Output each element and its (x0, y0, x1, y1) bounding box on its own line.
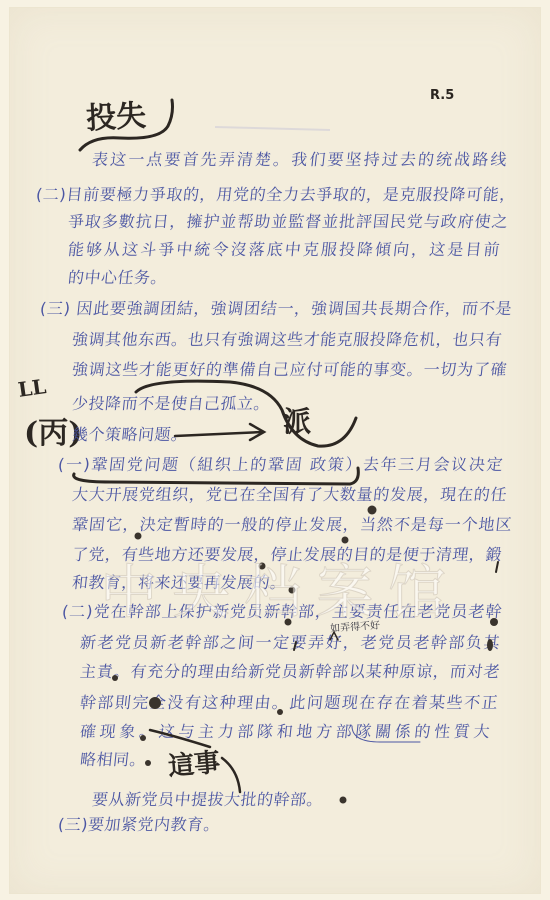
page-number: R.5 (430, 88, 454, 103)
text-line: (三) 因此要強調团結，強调团结一，強调国共長期合作，而不是 (39, 298, 513, 320)
text-line: 主責。有充分的理由给新党员新幹部以某种原谅，而对老党员老 (79, 661, 501, 683)
text-line: 大大开展党组织，党已在全国有了大数量的发展，現在的任务是 (71, 484, 508, 506)
text-line: 能够从这斗爭中統令沒落底中克服投降傾向，这是目前 (67, 239, 501, 261)
text-line: 強调这些才能更好的準備自己应付可能的事变。一切为了確 (71, 359, 508, 381)
text-line: 爭取多數抗日，擁护並帮助並監督並批評国民党与政府使之 (67, 211, 509, 233)
text-line: (一)鞏固党问题（組织上的鞏固 政策）去年三月会议决定 (57, 454, 504, 476)
annotation-bottom-note: 這事 (166, 742, 221, 783)
text-line: 少投降而不是使自己孤立。 (71, 393, 271, 415)
text-line: 的中心任务。 (67, 267, 168, 289)
annotation-top-left: 投失 (85, 90, 147, 137)
text-line: (二)目前要極力爭取的，用党的全力去爭取的，是克服投降可能， (35, 184, 517, 206)
text-line: 強调其他东西。也只有強调这些才能克服投降危机，也只有 (71, 329, 503, 351)
text-line: 新老党员新老幹部之间一定要弄好，老党员老幹部负其 (79, 632, 501, 654)
annotation-margin-marks: LL (16, 374, 47, 402)
text-line: 要从新党员中提拔大批的幹部。 (91, 789, 324, 811)
annotation-arrow-label: 派 (283, 400, 311, 440)
section-heading: 幾个策略问题。 (71, 424, 189, 446)
text-line: 幹部則完全没有这种理由。此问题现在存在着某些不正 (79, 692, 499, 714)
text-line: 確现象。这与主力部隊和地方部隊關係的性質大 (79, 721, 491, 743)
text-line: (三)要加紧党内教育。 (57, 814, 221, 836)
text-line: 和教育，将来还要再发展的。 (71, 572, 288, 594)
text-line: 了党，有些地方还要发展，停止发展的目的是便于清理，鍛炼 (71, 544, 503, 566)
text-line: 略相同。 (79, 749, 147, 771)
text-line: 鞏固它，決定暫時的一般的停止发展，当然不是每一个地区都停 (71, 514, 513, 536)
text-line: 表这一点要首先弄清楚。我们要坚持过去的统战路线 (91, 149, 508, 171)
text-line: (二)党在幹部上保护新党员新幹部，主要责任在老党员老幹部身上 (61, 601, 503, 623)
